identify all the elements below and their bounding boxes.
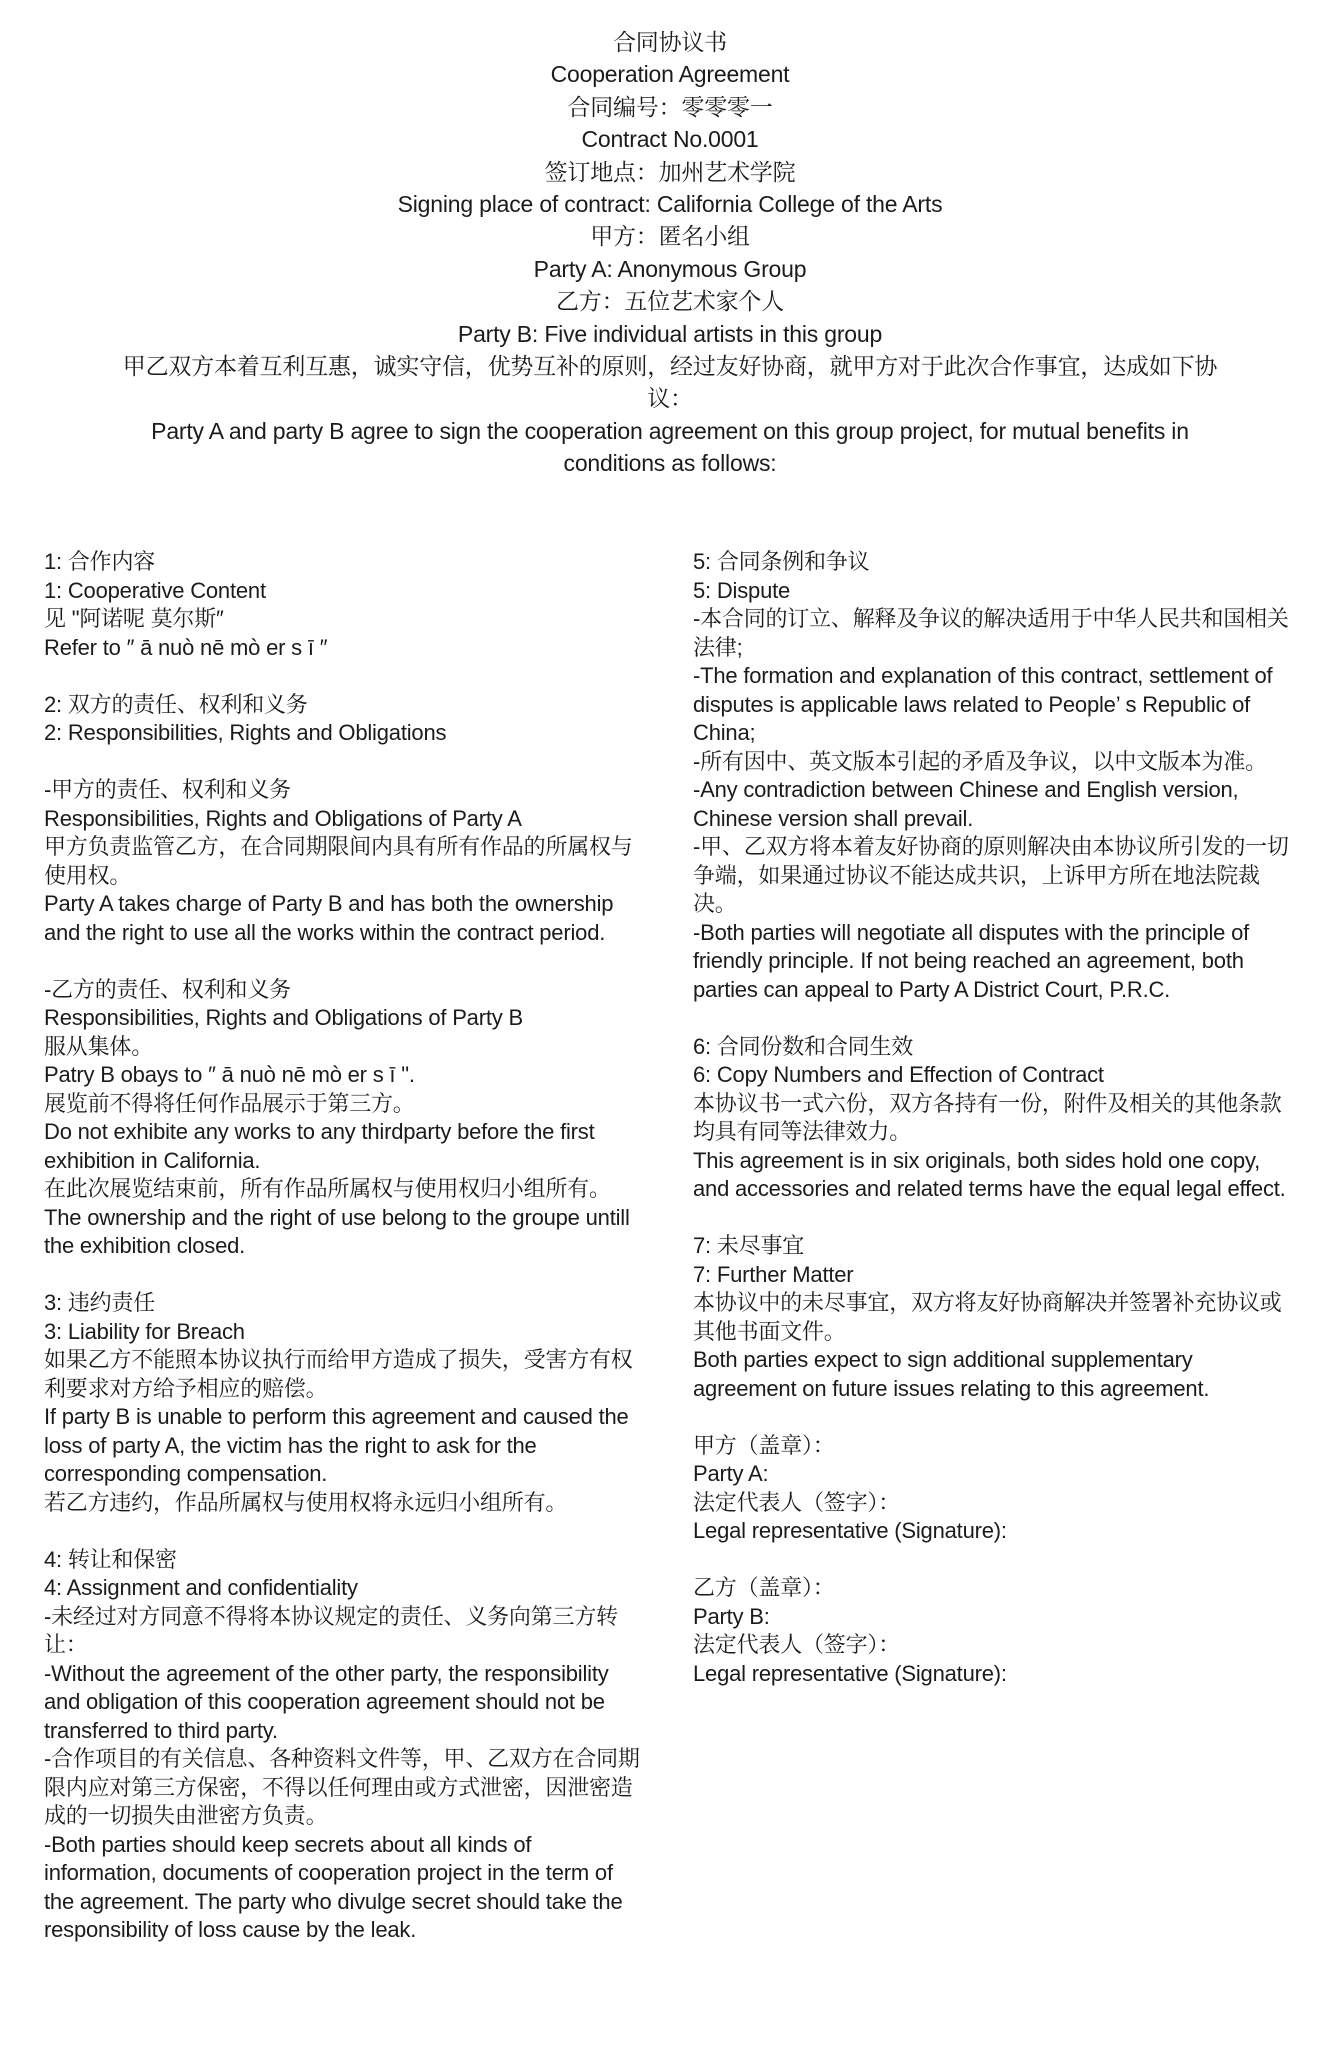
preamble-cn-line-2: 议： — [20, 382, 1320, 414]
paragraph: Legal representative (Signature): — [693, 1517, 1300, 1546]
clause-block: 1: 合作内容1: Cooperative Content见 "阿诺呢 莫尔斯″… — [44, 548, 646, 662]
clause-block: 2: 双方的责任、权利和义务2: Responsibilities, Right… — [44, 691, 646, 748]
clause-block: -甲方的责任、权利和义务Responsibilities, Rights and… — [44, 776, 646, 947]
paragraph: 3: Liability for Breach — [44, 1318, 646, 1347]
paragraph: Do not exhibite any works to any thirdpa… — [44, 1118, 646, 1175]
paragraph: Party B: — [693, 1603, 1300, 1632]
paragraph: 本协议书一式六份，双方各持有一份，附件及相关的其他条款均具有同等法律效力。 — [693, 1090, 1300, 1147]
paragraph: Party A takes charge of Party B and has … — [44, 890, 646, 947]
left-column: 1: 合作内容1: Cooperative Content见 "阿诺呢 莫尔斯″… — [44, 548, 646, 1945]
contract-body: 1: 合作内容1: Cooperative Content见 "阿诺呢 莫尔斯″… — [0, 548, 1340, 1945]
paragraph: 本协议中的未尽事宜，双方将友好协商解决并签署补充协议或其他书面文件。 — [693, 1289, 1300, 1346]
contract-page: 合同协议书 Cooperation Agreement 合同编号：零零零一 Co… — [0, 0, 1340, 2070]
paragraph: Both parties expect to sign additional s… — [693, 1346, 1300, 1403]
paragraph: -Both parties will negotiate all dispute… — [693, 919, 1300, 1005]
paragraph: 1: Cooperative Content — [44, 577, 646, 606]
paragraph: 2: 双方的责任、权利和义务 — [44, 691, 646, 720]
paragraph: 5: Dispute — [693, 577, 1300, 606]
paragraph: 展览前不得将任何作品展示于第三方。 — [44, 1090, 646, 1119]
paragraph: 见 "阿诺呢 莫尔斯″ — [44, 605, 646, 634]
paragraph: 乙方（盖章）： — [693, 1574, 1300, 1603]
contract-number-cn: 合同编号：零零零一 — [20, 91, 1320, 123]
paragraph: 7: Further Matter — [693, 1261, 1300, 1290]
party-a-cn: 甲方：匿名小组 — [20, 220, 1320, 252]
paragraph: -甲、乙双方将本着友好协商的原则解决由本协议所引发的一切争端，如果通过协议不能达… — [693, 833, 1300, 919]
paragraph: 在此次展览结束前，所有作品所属权与使用权归小组所有。 — [44, 1175, 646, 1204]
paragraph: -乙方的责任、权利和义务 — [44, 976, 646, 1005]
paragraph: -Without the agreement of the other part… — [44, 1660, 646, 1746]
paragraph: Legal representative (Signature): — [693, 1660, 1300, 1689]
clause-block: 4: 转让和保密4: Assignment and confidentialit… — [44, 1546, 646, 1945]
clause-block: 5: 合同条例和争议5: Dispute-本合同的订立、解释及争议的解决适用于中… — [693, 548, 1300, 1004]
paragraph: 2: Responsibilities, Rights and Obligati… — [44, 719, 646, 748]
paragraph: 如果乙方不能照本协议执行而给甲方造成了损失，受害方有权利要求对方给予相应的赔偿。 — [44, 1346, 646, 1403]
clause-block: 3: 违约责任3: Liability for Breach如果乙方不能照本协议… — [44, 1289, 646, 1517]
paragraph: -Both parties should keep secrets about … — [44, 1831, 646, 1945]
paragraph: -甲方的责任、权利和义务 — [44, 776, 646, 805]
paragraph: 4: 转让和保密 — [44, 1546, 646, 1575]
paragraph: 法定代表人（签字）： — [693, 1489, 1300, 1518]
contract-number-en: Contract No.0001 — [20, 123, 1320, 155]
clause-block: -乙方的责任、权利和义务Responsibilities, Rights and… — [44, 976, 646, 1261]
paragraph: -所有因中、英文版本引起的矛盾及争议，以中文版本为准。 — [693, 748, 1300, 777]
paragraph: Party A: — [693, 1460, 1300, 1489]
paragraph: 3: 违约责任 — [44, 1289, 646, 1318]
party-b-en: Party B: Five individual artists in this… — [20, 318, 1320, 350]
paragraph: The ownership and the right of use belon… — [44, 1204, 646, 1261]
preamble-en-line-1: Party A and party B agree to sign the co… — [20, 415, 1320, 447]
paragraph: -本合同的订立、解释及争议的解决适用于中华人民共和国相关法律; — [693, 605, 1300, 662]
paragraph: 若乙方违约，作品所属权与使用权将永远归小组所有。 — [44, 1489, 646, 1518]
paragraph: If party B is unable to perform this agr… — [44, 1403, 646, 1489]
document-header: 合同协议书 Cooperation Agreement 合同编号：零零零一 Co… — [20, 26, 1320, 480]
title-en: Cooperation Agreement — [20, 58, 1320, 90]
signing-place-en: Signing place of contract: California Co… — [20, 188, 1320, 220]
right-column: 5: 合同条例和争议5: Dispute-本合同的订立、解释及争议的解决适用于中… — [693, 548, 1300, 1688]
paragraph: -合作项目的有关信息、各种资料文件等，甲、乙双方在合同期限内应对第三方保密，不得… — [44, 1745, 646, 1831]
paragraph: 6: Copy Numbers and Effection of Contrac… — [693, 1061, 1300, 1090]
paragraph: Responsibilities, Rights and Obligations… — [44, 1004, 646, 1033]
preamble-cn-line-1: 甲乙双方本着互利互惠，诚实守信，优势互补的原则，经过友好协商，就甲方对于此次合作… — [20, 350, 1320, 382]
preamble-en-line-2: conditions as follows: — [20, 447, 1320, 479]
paragraph: -The formation and explanation of this c… — [693, 662, 1300, 748]
party-b-cn: 乙方：五位艺术家个人 — [20, 285, 1320, 317]
clause-block: 乙方（盖章）：Party B:法定代表人（签字）：Legal represent… — [693, 1574, 1300, 1688]
paragraph: 5: 合同条例和争议 — [693, 548, 1300, 577]
clause-block: 6: 合同份数和合同生效6: Copy Numbers and Effectio… — [693, 1033, 1300, 1204]
paragraph: 法定代表人（签字）： — [693, 1631, 1300, 1660]
clause-block: 甲方（盖章）：Party A:法定代表人（签字）：Legal represent… — [693, 1432, 1300, 1546]
paragraph: This agreement is in six originals, both… — [693, 1147, 1300, 1204]
paragraph: Refer to ″ ā nuò nē mò er s ī ″ — [44, 634, 646, 663]
paragraph: -未经过对方同意不得将本协议规定的责任、义务向第三方转让： — [44, 1603, 646, 1660]
paragraph: 甲方（盖章）： — [693, 1432, 1300, 1461]
title-cn: 合同协议书 — [20, 26, 1320, 58]
paragraph: -Any contradiction between Chinese and E… — [693, 776, 1300, 833]
paragraph: 甲方负责监管乙方，在合同期限间内具有所有作品的所属权与使用权。 — [44, 833, 646, 890]
party-a-en: Party A: Anonymous Group — [20, 253, 1320, 285]
paragraph: Patry B obays to ″ ā nuò nē mò er s ī ". — [44, 1061, 646, 1090]
paragraph: 6: 合同份数和合同生效 — [693, 1033, 1300, 1062]
paragraph: 1: 合作内容 — [44, 548, 646, 577]
paragraph: 服从集体。 — [44, 1033, 646, 1062]
signing-place-cn: 签订地点：加州艺术学院 — [20, 156, 1320, 188]
clause-block: 7: 未尽事宜7: Further Matter本协议中的未尽事宜，双方将友好协… — [693, 1232, 1300, 1403]
paragraph: Responsibilities, Rights and Obligations… — [44, 805, 646, 834]
paragraph: 4: Assignment and confidentiality — [44, 1574, 646, 1603]
paragraph: 7: 未尽事宜 — [693, 1232, 1300, 1261]
